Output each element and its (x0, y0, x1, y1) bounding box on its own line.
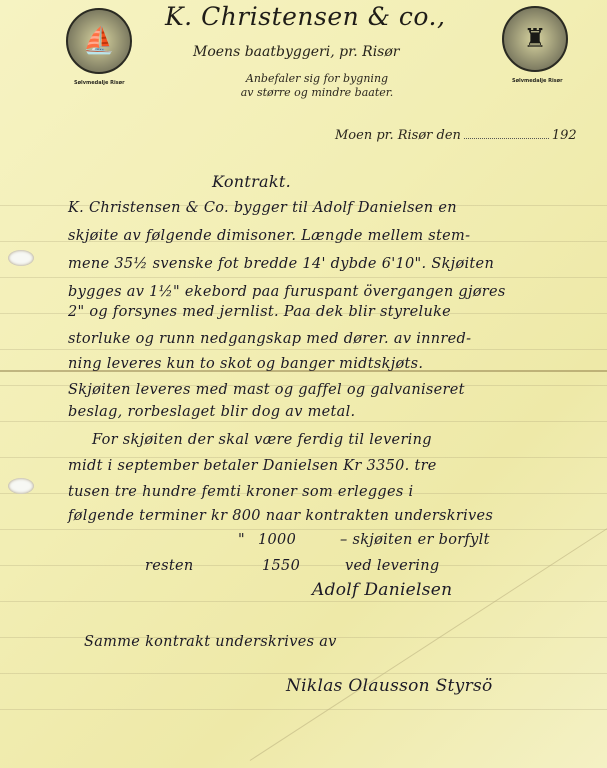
date-blank (464, 138, 549, 139)
body-line: bygges av 1½" ekebord paa furuspant över… (68, 284, 506, 300)
payment-term-condition: ved levering (345, 558, 439, 574)
body-line: 2" og forsynes med jernlist. Paa dek bli… (68, 304, 451, 320)
tagline-line-2: av større og mindre baater. (232, 86, 402, 100)
body-line: beslag, rorbeslaget blir dog av metal. (68, 404, 355, 420)
payment-term-condition: – skjøiten er borfylt (340, 532, 490, 548)
contract-heading: Kontrakt. (212, 172, 291, 191)
coat-of-arms-medal-icon: ♜ (502, 6, 568, 72)
sailboat-medal-icon: ⛵ (66, 8, 132, 74)
body-line: ning leveres kun to skot og banger midts… (68, 356, 423, 372)
company-name: K. Christensen & co., (165, 2, 445, 31)
body-line: K. Christensen & Co. bygger til Adolf Da… (68, 200, 457, 216)
punch-hole-bottom (8, 478, 34, 494)
body-line: mene 35½ svenske fot bredde 14' dybde 6'… (68, 256, 494, 272)
payment-term-label: " (238, 532, 245, 548)
dateline-year: 192 (552, 128, 577, 143)
left-emblem-caption: Sølvmedalje Risør (74, 80, 125, 86)
company-subtitle: Moens baatbyggeri, pr. Risør (193, 44, 399, 60)
payment-term-amount: 1000 (258, 532, 296, 548)
company-tagline: Anbefaler sig for bygning av større og m… (232, 72, 402, 100)
tagline-line-1: Anbefaler sig for bygning (232, 72, 402, 86)
signature-cosigner: Niklas Olausson Styrsö (286, 676, 493, 696)
body-line: følgende terminer kr 800 naar kontrakten… (68, 508, 493, 524)
body-line: skjøite av følgende dimisoner. Længde me… (68, 228, 470, 244)
cosign-note: Samme kontrakt underskrives av (84, 634, 337, 650)
right-emblem-caption: Sølvmedalje Risør (512, 78, 563, 84)
payment-term-label: resten (145, 558, 194, 574)
dateline: Moen pr. Risør den192 (335, 128, 577, 143)
body-line: storluke og runn nedgangskap med dører. … (68, 331, 471, 347)
body-line: tusen tre hundre femti kroner som erlegg… (68, 484, 413, 500)
punch-hole-top (8, 250, 34, 266)
contract-letter: ⛵ Sølvmedalje Risør ♜ Sølvmedalje Risør … (0, 0, 607, 768)
signature-buyer: Adolf Danielsen (312, 580, 452, 600)
payment-term-amount: 1550 (262, 558, 300, 574)
dateline-place: Moen pr. Risør den (335, 128, 461, 143)
body-line: midt i september betaler Danielsen Kr 33… (68, 458, 437, 474)
body-line: For skjøiten der skal være ferdig til le… (92, 432, 432, 448)
body-line: Skjøiten leveres med mast og gaffel og g… (68, 382, 465, 398)
